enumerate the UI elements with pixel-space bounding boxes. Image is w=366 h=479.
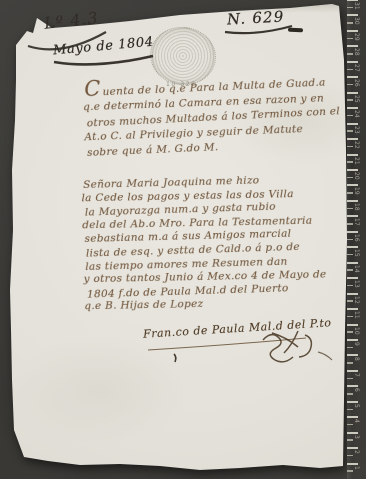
ruler-cm-mark: 4 bbox=[347, 417, 366, 432]
ruler-cm-mark: 12 bbox=[347, 294, 366, 309]
ruler-cm-mark: 30 bbox=[347, 15, 366, 30]
ruler-cm-mark: 17 bbox=[347, 216, 366, 231]
ruler-cm-mark: 6 bbox=[347, 386, 366, 401]
ruler-cm-mark: 23 bbox=[347, 124, 366, 139]
ruler-cm-mark: 22 bbox=[347, 139, 366, 154]
ruler-cm-mark: 11 bbox=[347, 309, 366, 324]
photograph-of-manuscript: Lº 4.3 Mayo de 1804 N. 629 10 328 Cuenta… bbox=[0, 0, 366, 479]
paragraph-2: Señora Maria Joaquina me hizola Cede los… bbox=[83, 173, 330, 315]
folio-number: N. 629 bbox=[227, 8, 285, 29]
ruler-cm-mark: 3 bbox=[347, 433, 366, 448]
ruler-cm-mark: 2 bbox=[347, 448, 366, 463]
ruler-cm-mark: 5 bbox=[347, 402, 366, 417]
measurement-ruler: 3130292827262524232221201918171615141312… bbox=[347, 0, 366, 479]
ruler-cm-mark: 9 bbox=[347, 340, 366, 355]
ruler-cm-mark: 10 bbox=[347, 325, 366, 340]
ruler-cm-mark: 31 bbox=[347, 0, 366, 15]
ruler-cm-mark: 13 bbox=[347, 278, 366, 293]
ruler-cm-mark: 19 bbox=[347, 185, 366, 200]
ruler-cm-mark: 28 bbox=[347, 46, 366, 61]
ruler-cm-mark: 14 bbox=[347, 263, 366, 278]
ruler-cm-mark: 27 bbox=[347, 62, 366, 77]
ruler-cm-mark: 7 bbox=[347, 371, 366, 386]
ruler-cm-mark: 21 bbox=[347, 155, 366, 170]
paragraph-1: Cuenta de lo q.e Para la Multa de Guad.a… bbox=[84, 72, 323, 161]
ruler-cm-mark: 20 bbox=[347, 170, 366, 185]
ruler-cm-mark: 26 bbox=[347, 77, 366, 92]
ruler-cm-mark: 15 bbox=[347, 247, 366, 262]
ruler-cm-mark: 16 bbox=[347, 232, 366, 247]
ruler-cm-mark: 29 bbox=[347, 31, 366, 46]
ruler-cm-mark: 8 bbox=[347, 355, 366, 370]
ruler-cm-mark: 18 bbox=[347, 201, 366, 216]
ink-dash-mark bbox=[288, 28, 303, 32]
ruler-cm-mark: 1 bbox=[347, 464, 366, 479]
ruler-cm-mark: 25 bbox=[347, 93, 366, 108]
ruler-cm-mark: 24 bbox=[347, 108, 366, 123]
